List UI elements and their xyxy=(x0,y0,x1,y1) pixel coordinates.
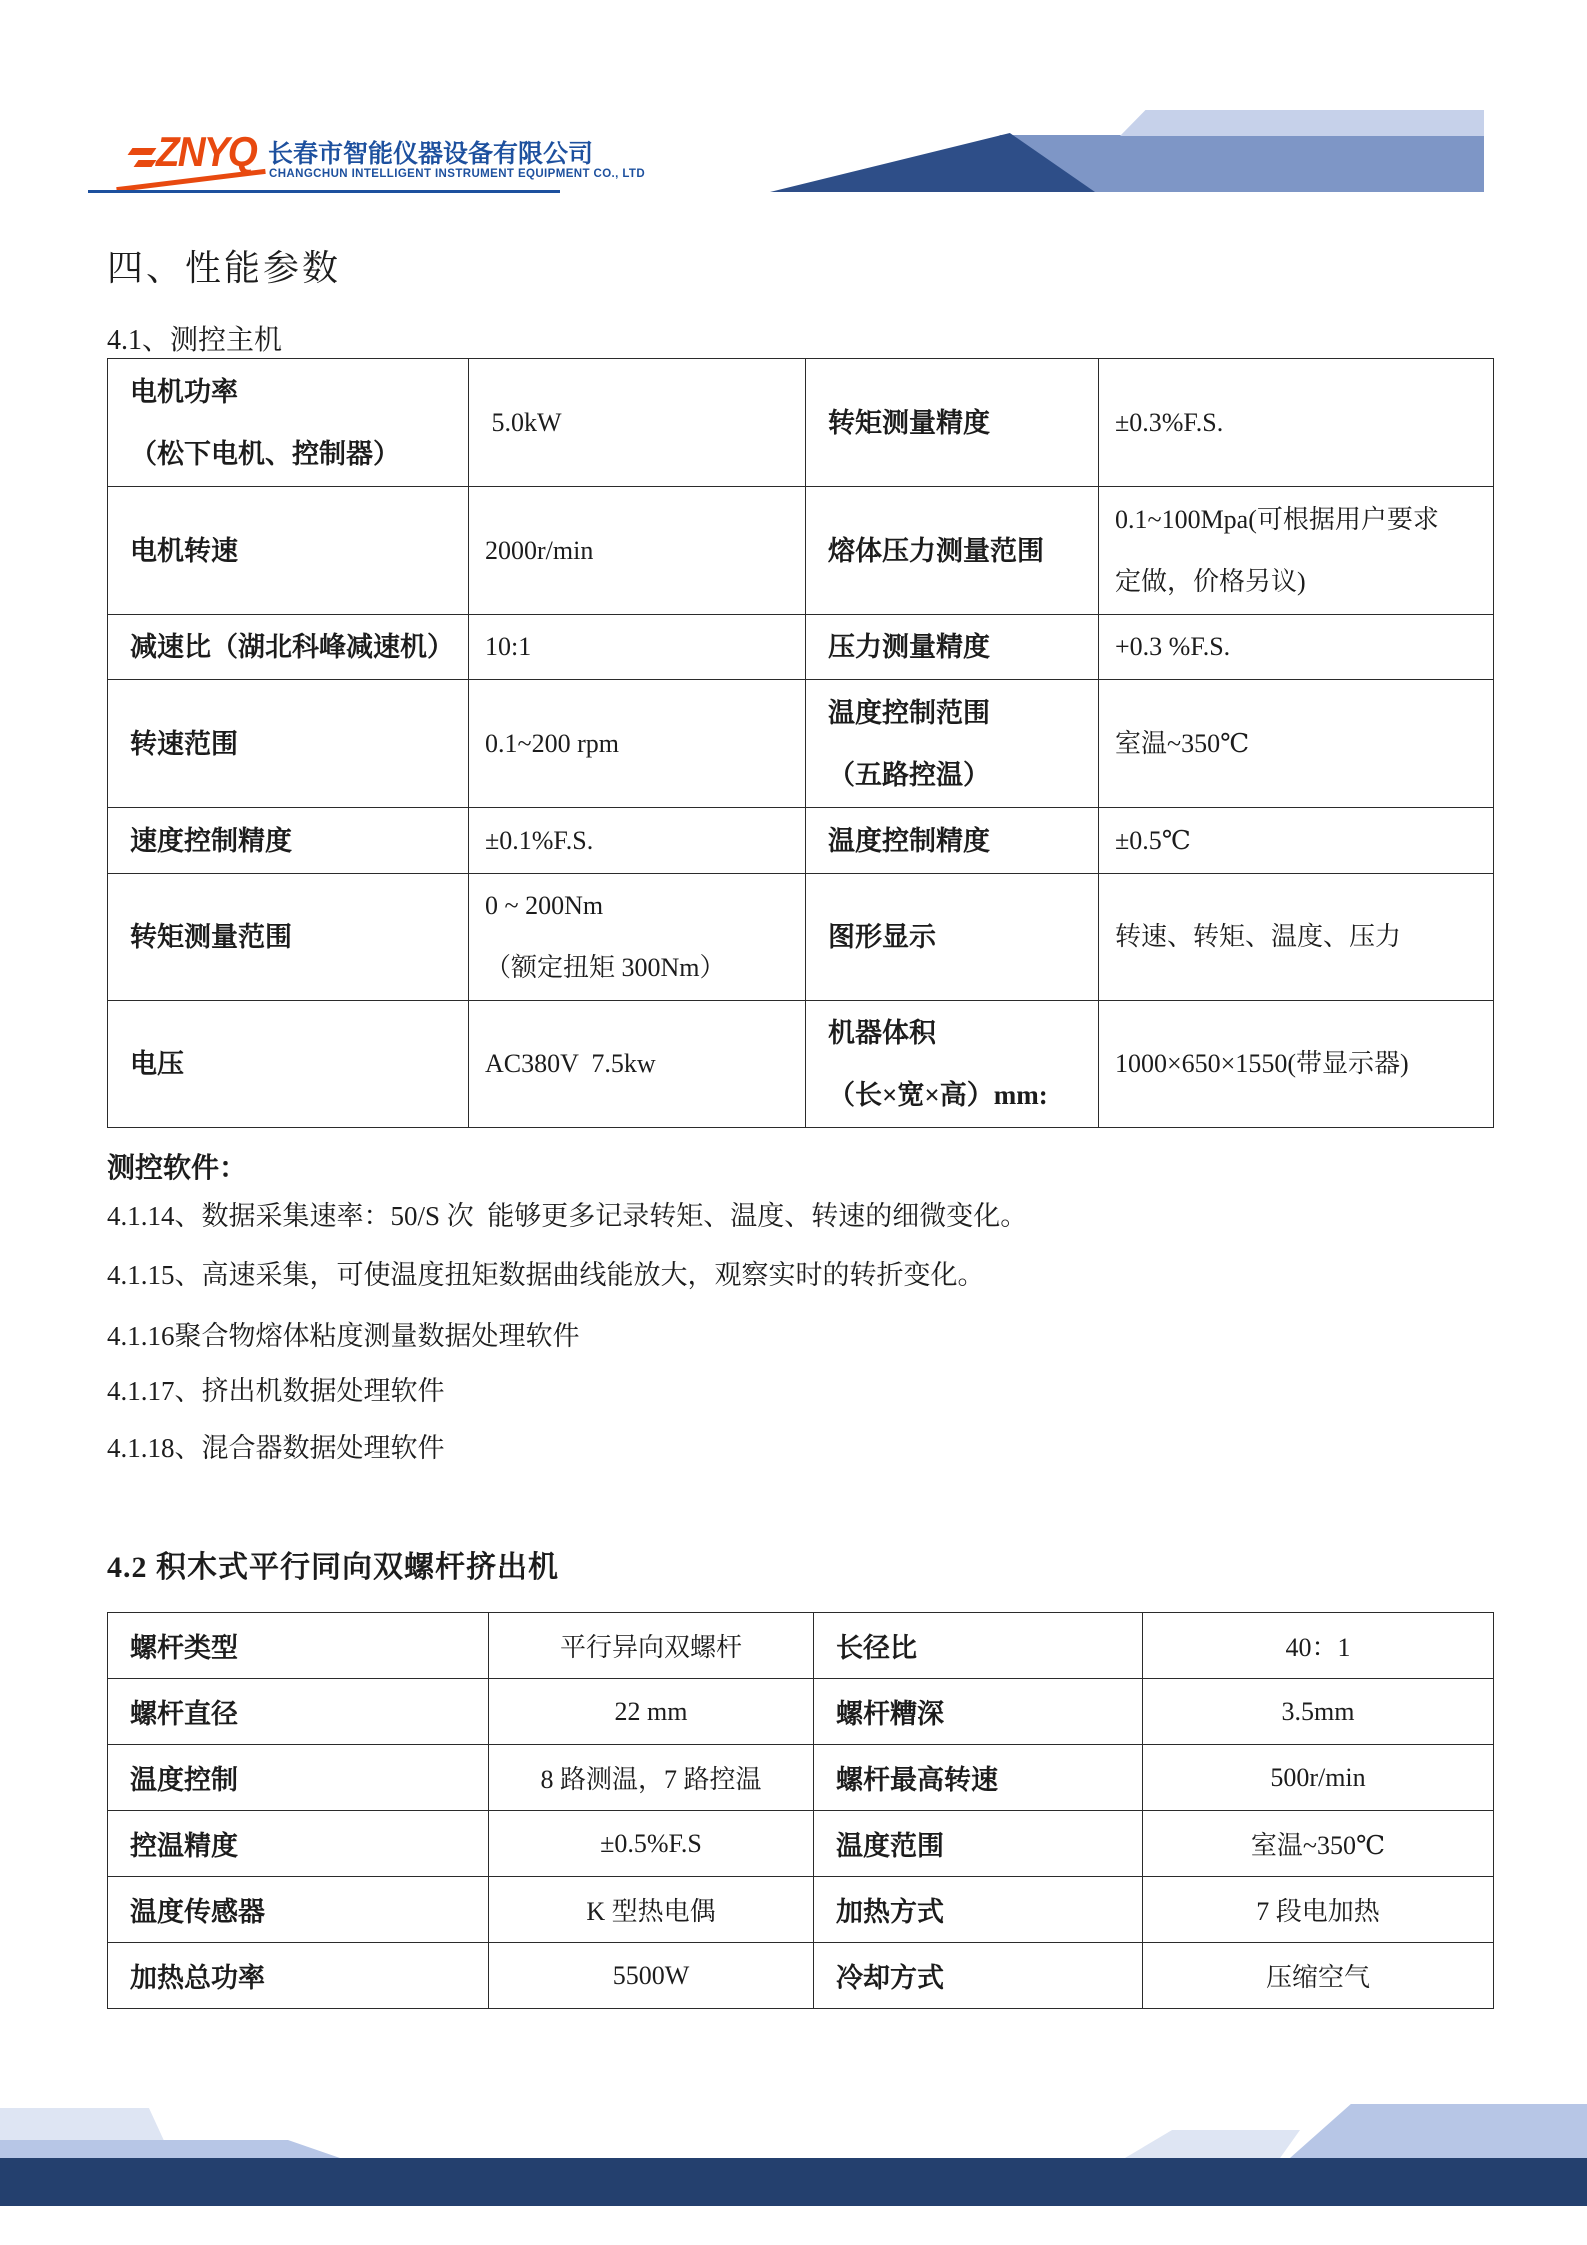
spec-label: 速度控制精度 xyxy=(108,808,469,874)
section-4-1-heading: 4.1、测控主机 xyxy=(107,318,282,358)
footer-band-dark xyxy=(0,2158,1587,2206)
table-row: 速度控制精度 ±0.1%F.S. 温度控制精度 ±0.5℃ xyxy=(108,808,1494,874)
spec-value: AC380V 7.5kw xyxy=(469,1001,806,1128)
software-section-label: 测控软件： xyxy=(107,1146,247,1186)
document-page: ZNYQ 长春市智能仪器设备有限公司 CHANGCHUN INTELLIGENT… xyxy=(0,0,1587,2245)
company-name-cn: 长春市智能仪器设备有限公司 xyxy=(268,134,593,170)
spec-value: 3.5mm xyxy=(1143,1679,1494,1745)
spec-label: 熔体压力测量范围 xyxy=(806,487,1099,615)
spec-label: 转速范围 xyxy=(108,680,469,808)
spec-label: 长径比 xyxy=(814,1613,1143,1679)
spec-value: K 型热电偶 xyxy=(489,1877,814,1943)
spec-value: 压缩空气 xyxy=(1143,1943,1494,2009)
table-row: 温度传感器 K 型热电偶 加热方式 7 段电加热 xyxy=(108,1877,1494,1943)
spec-label: 温度控制 xyxy=(108,1745,489,1811)
spec-label: 温度范围 xyxy=(814,1811,1143,1877)
spec-label: 温度传感器 xyxy=(108,1877,489,1943)
spec-value: ±0.1%F.S. xyxy=(469,808,806,874)
spec-value: 平行异向双螺杆 xyxy=(489,1613,814,1679)
table-row: 螺杆直径 22 mm 螺杆糟深 3.5mm xyxy=(108,1679,1494,1745)
spec-value: ±0.3%F.S. xyxy=(1099,359,1494,487)
table-row: 温度控制 8 路测温，7 路控温 螺杆最高转速 500r/min xyxy=(108,1745,1494,1811)
spec-label: 转矩测量范围 xyxy=(108,874,469,1001)
spec-value: ±0.5℃ xyxy=(1099,808,1494,874)
spec-label: 电机功率（松下电机、控制器） xyxy=(108,359,469,487)
spec-value: 5500W xyxy=(489,1943,814,2009)
software-note: 4.1.14、数据采集速率：50/S 次 能够更多记录转矩、温度、转速的细微变化… xyxy=(107,1194,1027,1233)
spec-label: 加热方式 xyxy=(814,1877,1143,1943)
footer-band-medium-left xyxy=(0,2140,340,2158)
table-row: 螺杆类型 平行异向双螺杆 长径比 40：1 xyxy=(108,1613,1494,1679)
spec-label: 控温精度 xyxy=(108,1811,489,1877)
spec-value: 0.1~100Mpa(可根据用户要求定做，价格另议) xyxy=(1099,487,1494,615)
software-note: 4.1.15、高速采集，可使温度扭矩数据曲线能放大，观察实时的转折变化。 xyxy=(107,1253,985,1292)
spec-label: 温度控制精度 xyxy=(806,808,1099,874)
table-row: 减速比（湖北科峰减速机） 10:1 压力测量精度 +0.3 %F.S. xyxy=(108,615,1494,680)
table-row: 电压 AC380V 7.5kw 机器体积（长×宽×高）mm: 1000×650×… xyxy=(108,1001,1494,1128)
spec-table-extruder: 螺杆类型 平行异向双螺杆 长径比 40：1 螺杆直径 22 mm 螺杆糟深 3.… xyxy=(107,1612,1494,2009)
spec-label: 图形显示 xyxy=(806,874,1099,1001)
spec-value: 7 段电加热 xyxy=(1143,1877,1494,1943)
spec-label: 电机转速 xyxy=(108,487,469,615)
table-row: 转矩测量范围 0 ~ 200Nm（额定扭矩 300Nm） 图形显示 转速、转矩、… xyxy=(108,874,1494,1001)
spec-value: 40：1 xyxy=(1143,1613,1494,1679)
footer-band-light-right xyxy=(1125,2130,1300,2158)
company-name-en: CHANGCHUN INTELLIGENT INSTRUMENT EQUIPME… xyxy=(269,168,645,180)
spec-label: 螺杆糟深 xyxy=(814,1679,1143,1745)
table-row: 控温精度 ±0.5%F.S 温度范围 室温~350℃ xyxy=(108,1811,1494,1877)
spec-label: 电压 xyxy=(108,1001,469,1128)
spec-value: +0.3 %F.S. xyxy=(1099,615,1494,680)
spec-value: 10:1 xyxy=(469,615,806,680)
logo-stripe-icon xyxy=(128,148,157,155)
spec-table-main-unit: 电机功率（松下电机、控制器） 5.0kW 转矩测量精度 ±0.3%F.S. 电机… xyxy=(107,358,1494,1128)
header-band-light xyxy=(1120,110,1484,136)
company-logo: ZNYQ xyxy=(130,132,270,188)
section-4-2-heading: 4.2 积木式平行同向双螺杆挤出机 xyxy=(107,1542,559,1586)
spec-value: ±0.5%F.S xyxy=(489,1811,814,1877)
software-note: 4.1.17、挤出机数据处理软件 xyxy=(107,1369,445,1408)
table-row: 转速范围 0.1~200 rpm 温度控制范围（五路控温） 室温~350℃ xyxy=(108,680,1494,808)
spec-label: 转矩测量精度 xyxy=(806,359,1099,487)
spec-label: 螺杆最高转速 xyxy=(814,1745,1143,1811)
spec-label: 压力测量精度 xyxy=(806,615,1099,680)
table-row: 电机功率（松下电机、控制器） 5.0kW 转矩测量精度 ±0.3%F.S. xyxy=(108,359,1494,487)
spec-label: 冷却方式 xyxy=(814,1943,1143,2009)
spec-value: 500r/min xyxy=(1143,1745,1494,1811)
spec-value: 8 路测温，7 路控温 xyxy=(489,1745,814,1811)
spec-value: 0.1~200 rpm xyxy=(469,680,806,808)
footer-band-medium-right xyxy=(1290,2104,1587,2158)
spec-label: 机器体积（长×宽×高）mm: xyxy=(806,1001,1099,1128)
spec-value: 1000×650×1550(带显示器) xyxy=(1099,1001,1494,1128)
spec-value: 室温~350℃ xyxy=(1099,680,1494,808)
spec-label: 螺杆类型 xyxy=(108,1613,489,1679)
spec-value: 2000r/min xyxy=(469,487,806,615)
spec-value: 室温~350℃ xyxy=(1143,1811,1494,1877)
table-row: 电机转速 2000r/min 熔体压力测量范围 0.1~100Mpa(可根据用户… xyxy=(108,487,1494,615)
spec-value: 0 ~ 200Nm（额定扭矩 300Nm） xyxy=(469,874,806,1001)
logo-text: ZNYQ xyxy=(156,128,256,176)
spec-value: 22 mm xyxy=(489,1679,814,1745)
software-note: 4.1.16聚合物熔体粘度测量数据处理软件 xyxy=(107,1314,580,1353)
header-rule xyxy=(88,190,560,193)
spec-value: 转速、转矩、温度、压力 xyxy=(1099,874,1494,1001)
spec-label: 温度控制范围（五路控温） xyxy=(806,680,1099,808)
logo-stripe-icon xyxy=(134,160,157,167)
spec-label: 减速比（湖北科峰减速机） xyxy=(108,615,469,680)
table-row: 加热总功率 5500W 冷却方式 压缩空气 xyxy=(108,1943,1494,2009)
spec-value: 5.0kW xyxy=(469,359,806,487)
software-note: 4.1.18、混合器数据处理软件 xyxy=(107,1426,445,1465)
spec-label: 螺杆直径 xyxy=(108,1679,489,1745)
page-title: 四、性能参数 xyxy=(107,240,341,291)
spec-label: 加热总功率 xyxy=(108,1943,489,2009)
